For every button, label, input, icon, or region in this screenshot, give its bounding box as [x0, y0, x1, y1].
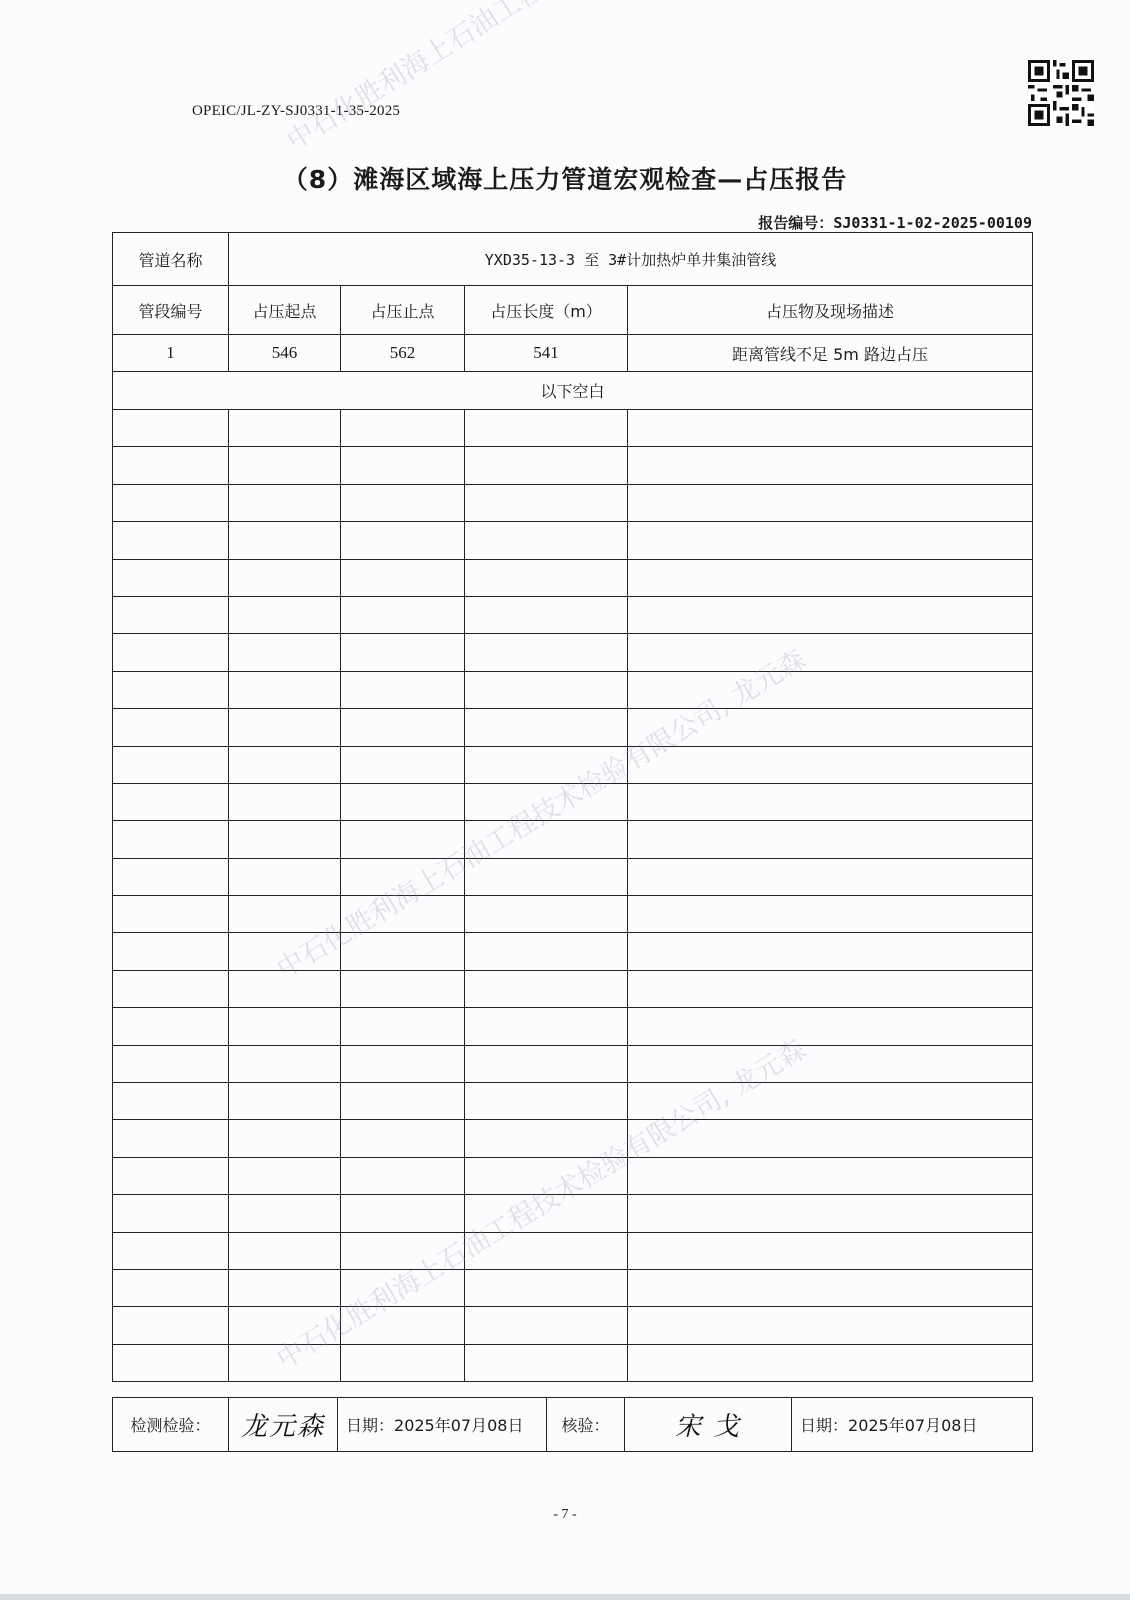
inspector-date-value: 2025年07月08日	[394, 1416, 523, 1435]
empty-cell	[628, 1269, 1033, 1306]
empty-cell	[465, 1344, 628, 1381]
empty-cell	[113, 484, 229, 521]
empty-cell	[465, 933, 628, 970]
empty-cell	[113, 671, 229, 708]
scan-edge	[0, 1594, 1130, 1600]
pipeline-name-value: YXD35-13-3 至 3#计加热炉单井集油管线	[229, 233, 1033, 286]
empty-cell	[113, 821, 229, 858]
empty-cell	[341, 484, 465, 521]
empty-cell	[113, 1307, 229, 1344]
column-header: 管段编号	[113, 286, 229, 335]
document-code: OPEIC/JL-ZY-SJ0331-1-35-2025	[192, 103, 400, 120]
empty-cell	[229, 447, 341, 484]
empty-cell	[341, 1120, 465, 1157]
reviewer-date-label: 日期：	[800, 1416, 848, 1435]
empty-table-row	[113, 671, 1033, 708]
empty-table-row	[113, 634, 1033, 671]
empty-cell	[341, 858, 465, 895]
empty-cell	[229, 559, 341, 596]
empty-cell	[465, 1307, 628, 1344]
empty-table-row	[113, 783, 1033, 820]
empty-cell	[113, 1269, 229, 1306]
empty-cell	[229, 1157, 341, 1194]
empty-cell	[628, 1195, 1033, 1232]
empty-table-row	[113, 1307, 1033, 1344]
column-header: 占压物及现场描述	[628, 286, 1033, 335]
empty-table-row	[113, 410, 1033, 447]
column-header: 占压起点	[229, 286, 341, 335]
empty-cell	[341, 709, 465, 746]
empty-cell	[113, 709, 229, 746]
empty-cell	[628, 821, 1033, 858]
empty-cell	[113, 410, 229, 447]
empty-cell	[229, 522, 341, 559]
empty-table-row	[113, 1269, 1033, 1306]
start-point-cell: 546	[229, 335, 341, 372]
empty-cell	[113, 1232, 229, 1269]
empty-cell	[628, 1120, 1033, 1157]
empty-cell	[229, 596, 341, 633]
empty-cell	[229, 671, 341, 708]
report-number-value: SJ0331-1-02-2025-00109	[833, 214, 1032, 232]
empty-cell	[229, 634, 341, 671]
empty-table-row	[113, 1195, 1033, 1232]
empty-cell	[628, 1232, 1033, 1269]
empty-cell	[113, 522, 229, 559]
empty-cell	[229, 1120, 341, 1157]
reviewer-label: 核验：	[547, 1398, 625, 1452]
empty-cell	[465, 1232, 628, 1269]
empty-cell	[465, 746, 628, 783]
empty-cell	[628, 858, 1033, 895]
reviewer-signature: 宋 戈	[625, 1398, 792, 1452]
empty-cell	[229, 484, 341, 521]
empty-table-row	[113, 1157, 1033, 1194]
empty-cell	[465, 858, 628, 895]
empty-cell	[465, 1045, 628, 1082]
empty-cell	[628, 746, 1033, 783]
column-header: 占压止点	[341, 286, 465, 335]
empty-table-row	[113, 821, 1033, 858]
page-title: （8）滩海区域海上压力管道宏观检查—占压报告	[0, 160, 1130, 196]
empty-cell	[113, 783, 229, 820]
empty-cell	[465, 1269, 628, 1306]
empty-table-row	[113, 709, 1033, 746]
empty-cell	[628, 1083, 1033, 1120]
empty-cell	[465, 783, 628, 820]
reviewer-date-value: 2025年07月08日	[848, 1416, 977, 1435]
empty-cell	[229, 858, 341, 895]
empty-cell	[628, 410, 1033, 447]
empty-table-row	[113, 522, 1033, 559]
empty-table-row	[113, 596, 1033, 633]
empty-cell	[341, 783, 465, 820]
empty-cell	[113, 1344, 229, 1381]
empty-cell	[113, 1008, 229, 1045]
empty-cell	[628, 933, 1033, 970]
report-number: 报告编号：SJ0331-1-02-2025-00109	[758, 212, 1032, 233]
empty-cell	[229, 1307, 341, 1344]
empty-cell	[628, 970, 1033, 1007]
empty-cell	[628, 783, 1033, 820]
empty-cell	[628, 1045, 1033, 1082]
empty-cell	[341, 1008, 465, 1045]
segment-number-cell: 1	[113, 335, 229, 372]
empty-cell	[465, 410, 628, 447]
empty-cell	[465, 1120, 628, 1157]
empty-cell	[229, 933, 341, 970]
empty-cell	[628, 709, 1033, 746]
empty-cell	[628, 1344, 1033, 1381]
empty-cell	[341, 1269, 465, 1306]
qr-code-icon	[1028, 60, 1094, 126]
empty-table-row	[113, 970, 1033, 1007]
empty-table-row	[113, 1045, 1033, 1082]
inspector-date: 日期：2025年07月08日	[338, 1398, 547, 1452]
empty-cell	[628, 484, 1033, 521]
empty-cell	[341, 933, 465, 970]
end-point-cell: 562	[341, 335, 465, 372]
pipeline-name-row: 管道名称 YXD35-13-3 至 3#计加热炉单井集油管线	[113, 233, 1033, 286]
occupation-table: 管道名称 YXD35-13-3 至 3#计加热炉单井集油管线 管段编号 占压起点…	[112, 232, 1033, 1382]
empty-cell	[628, 1307, 1033, 1344]
empty-table-row	[113, 1120, 1033, 1157]
empty-cell	[465, 596, 628, 633]
pipeline-name-label: 管道名称	[113, 233, 229, 286]
empty-cell	[113, 970, 229, 1007]
empty-cell	[229, 970, 341, 1007]
length-cell: 541	[465, 335, 628, 372]
empty-cell	[341, 821, 465, 858]
empty-cell	[229, 1344, 341, 1381]
empty-table-row	[113, 1232, 1033, 1269]
empty-cell	[628, 447, 1033, 484]
empty-table-row	[113, 484, 1033, 521]
empty-table-row	[113, 447, 1033, 484]
empty-cell	[229, 1008, 341, 1045]
empty-cell	[465, 970, 628, 1007]
empty-cell	[465, 559, 628, 596]
empty-cell	[341, 746, 465, 783]
empty-cell	[465, 522, 628, 559]
empty-cell	[229, 746, 341, 783]
empty-table-row	[113, 746, 1033, 783]
empty-cell	[465, 1008, 628, 1045]
column-header-row: 管段编号 占压起点 占压止点 占压长度（m） 占压物及现场描述	[113, 286, 1033, 335]
empty-cell	[465, 447, 628, 484]
empty-cell	[628, 522, 1033, 559]
report-number-label: 报告编号：	[758, 214, 833, 232]
signoff-table: 检测检验： 龙元森 日期：2025年07月08日 核验： 宋 戈 日期：2025…	[112, 1397, 1033, 1452]
empty-cell	[113, 596, 229, 633]
signoff-row: 检测检验： 龙元森 日期：2025年07月08日 核验： 宋 戈 日期：2025…	[113, 1398, 1033, 1452]
empty-cell	[465, 484, 628, 521]
empty-cell	[465, 821, 628, 858]
empty-table-row	[113, 933, 1033, 970]
empty-cell	[341, 596, 465, 633]
empty-cell	[341, 896, 465, 933]
empty-cell	[113, 896, 229, 933]
empty-cell	[229, 1045, 341, 1082]
blank-note: 以下空白	[113, 372, 1033, 410]
empty-table-row	[113, 858, 1033, 895]
description-cell: 距离管线不足 5m 路边占压	[628, 335, 1033, 372]
empty-cell	[341, 410, 465, 447]
empty-cell	[465, 634, 628, 671]
empty-table-row	[113, 1344, 1033, 1381]
empty-cell	[341, 1344, 465, 1381]
empty-table-row	[113, 896, 1033, 933]
table-row: 1 546 562 541 距离管线不足 5m 路边占压	[113, 335, 1033, 372]
empty-cell	[229, 896, 341, 933]
empty-cell	[341, 1045, 465, 1082]
empty-cell	[628, 559, 1033, 596]
empty-cell	[229, 1195, 341, 1232]
page-number: - 7 -	[0, 1507, 1130, 1523]
inspector-date-label: 日期：	[346, 1416, 394, 1435]
empty-table-row	[113, 1083, 1033, 1120]
empty-cell	[628, 1157, 1033, 1194]
empty-cell	[113, 1083, 229, 1120]
empty-cell	[341, 634, 465, 671]
inspector-label: 检测检验：	[113, 1398, 229, 1452]
empty-cell	[113, 933, 229, 970]
empty-cell	[113, 447, 229, 484]
empty-table-row	[113, 1008, 1033, 1045]
empty-table-row	[113, 559, 1033, 596]
empty-cell	[229, 821, 341, 858]
empty-cell	[465, 671, 628, 708]
empty-cell	[113, 1157, 229, 1194]
empty-cell	[229, 783, 341, 820]
empty-cell	[628, 671, 1033, 708]
empty-cell	[229, 1269, 341, 1306]
empty-cell	[229, 410, 341, 447]
empty-cell	[113, 746, 229, 783]
empty-cell	[113, 1120, 229, 1157]
empty-cell	[113, 1045, 229, 1082]
empty-cell	[628, 634, 1033, 671]
empty-cell	[229, 709, 341, 746]
empty-cell	[628, 1008, 1033, 1045]
empty-cell	[628, 896, 1033, 933]
empty-cell	[465, 1083, 628, 1120]
empty-cell	[465, 1157, 628, 1194]
empty-cell	[113, 858, 229, 895]
empty-cell	[341, 447, 465, 484]
blank-note-row: 以下空白	[113, 372, 1033, 410]
column-header: 占压长度（m）	[465, 286, 628, 335]
empty-cell	[341, 1083, 465, 1120]
empty-cell	[465, 1195, 628, 1232]
reviewer-date: 日期：2025年07月08日	[792, 1398, 1033, 1452]
watermark: 中石化胜利海上石油工程技术检验有限公司, 龙元森	[278, 0, 817, 158]
empty-cell	[341, 970, 465, 1007]
empty-cell	[341, 1232, 465, 1269]
empty-cell	[341, 522, 465, 559]
empty-cell	[341, 1307, 465, 1344]
empty-cell	[229, 1232, 341, 1269]
empty-cell	[341, 559, 465, 596]
empty-cell	[113, 634, 229, 671]
empty-cell	[113, 1195, 229, 1232]
empty-cell	[341, 1157, 465, 1194]
empty-cell	[229, 1083, 341, 1120]
empty-cell	[628, 596, 1033, 633]
inspector-signature: 龙元森	[229, 1398, 338, 1452]
empty-cell	[465, 709, 628, 746]
empty-cell	[113, 559, 229, 596]
empty-cell	[341, 671, 465, 708]
empty-cell	[465, 896, 628, 933]
empty-cell	[341, 1195, 465, 1232]
